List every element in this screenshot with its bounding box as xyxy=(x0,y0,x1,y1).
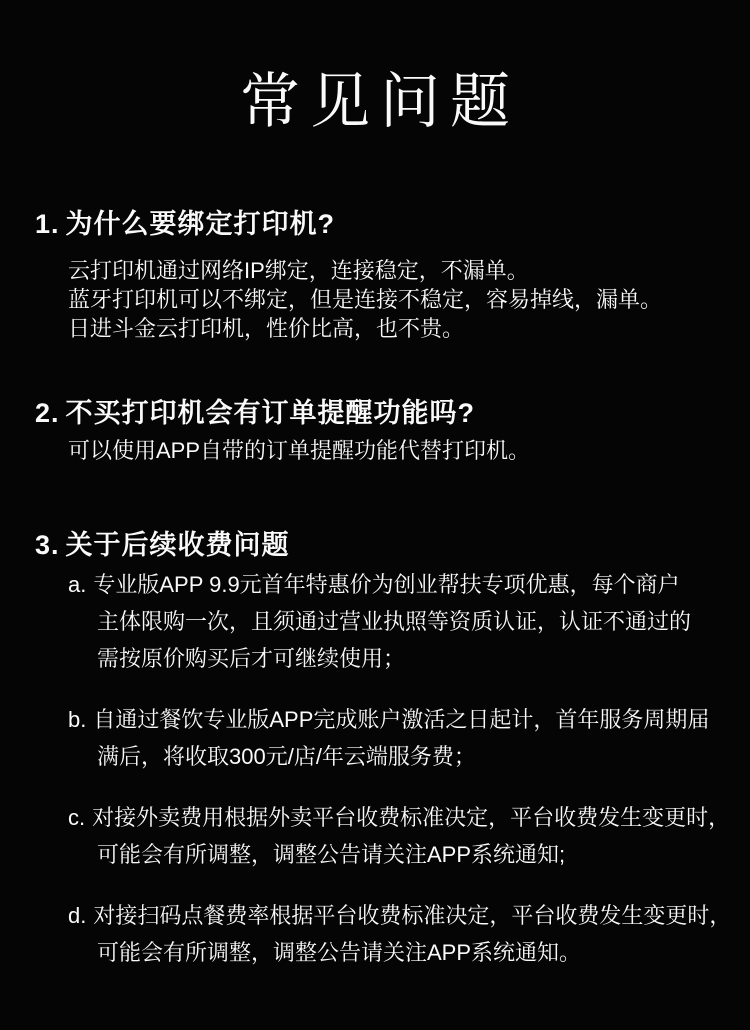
sub-item-text: 自通过餐饮专业版APP完成账户激活之日起计，首年服务周期届 xyxy=(93,707,709,732)
sub-item-line: 可能会有所调整，调整公告请关注APP系统通知; xyxy=(68,836,720,873)
answer-line: 日进斗金云打印机，性价比高，也不贵。 xyxy=(68,314,720,343)
sub-item-text: 对接外卖费用根据外卖平台收费标准决定，平台收费发生变更时， xyxy=(92,805,730,830)
fee-item-d: d.对接扫码点餐费率根据平台收费标准决定，平台收费发生变更时， 可能会有所调整，… xyxy=(68,897,720,971)
sub-item-text: 对接扫码点餐费率根据平台收费标准决定，平台收费发生变更时， xyxy=(93,903,731,928)
faq-section-followup-fees: 3.关于后续收费问题 a.专业版APP 9.9元首年特惠价为创业帮扶专项优惠，每… xyxy=(35,529,720,971)
faq-question-3: 3.关于后续收费问题 xyxy=(35,529,720,561)
sub-item-first-line: b.自通过餐饮专业版APP完成账户激活之日起计，首年服务周期届 xyxy=(68,701,720,738)
answer-line: 可以使用APP自带的订单提醒功能代替打印机。 xyxy=(68,436,720,465)
faq-answer-2: 可以使用APP自带的订单提醒功能代替打印机。 xyxy=(68,436,720,465)
sub-item-line: 主体限购一次，且须通过营业执照等资质认证，认证不通过的 xyxy=(68,603,720,640)
faq-section-order-reminder: 2.不买打印机会有订单提醒功能吗? 可以使用APP自带的订单提醒功能代替打印机。 xyxy=(35,397,720,465)
fee-sub-items: a.专业版APP 9.9元首年特惠价为创业帮扶专项优惠，每个商户 主体限购一次，… xyxy=(68,566,720,971)
sub-item-label: b. xyxy=(68,707,86,732)
sub-item-first-line: d.对接扫码点餐费率根据平台收费标准决定，平台收费发生变更时， xyxy=(68,897,720,934)
faq-content: 1.为什么要绑定打印机? 云打印机通过网络IP绑定，连接稳定，不漏单。 蓝牙打印… xyxy=(0,208,750,971)
sub-item-label: d. xyxy=(68,903,86,928)
sub-item-first-line: a.专业版APP 9.9元首年特惠价为创业帮扶专项优惠，每个商户 xyxy=(68,566,720,603)
fee-item-a: a.专业版APP 9.9元首年特惠价为创业帮扶专项优惠，每个商户 主体限购一次，… xyxy=(68,566,720,677)
page-title: 常见问题 xyxy=(0,0,750,134)
faq-question-1: 1.为什么要绑定打印机? xyxy=(35,208,720,240)
sub-item-label: a. xyxy=(68,572,86,597)
question-text: 不买打印机会有订单提醒功能吗? xyxy=(66,398,476,428)
sub-item-first-line: c.对接外卖费用根据外卖平台收费标准决定，平台收费发生变更时， xyxy=(68,799,720,836)
question-number: 2. xyxy=(35,398,60,428)
answer-line: 云打印机通过网络IP绑定，连接稳定，不漏单。 xyxy=(68,256,720,285)
sub-item-line: 满后，将收取300元/店/年云端服务费； xyxy=(68,738,720,775)
sub-item-text: 专业版APP 9.9元首年特惠价为创业帮扶专项优惠，每个商户 xyxy=(93,572,679,597)
question-text: 为什么要绑定打印机? xyxy=(66,209,336,239)
question-number: 1. xyxy=(35,209,60,239)
sub-item-label: c. xyxy=(68,805,85,830)
question-number: 3. xyxy=(35,530,60,560)
question-text: 关于后续收费问题 xyxy=(66,530,290,560)
faq-page: 常见问题 1.为什么要绑定打印机? 云打印机通过网络IP绑定，连接稳定，不漏单。… xyxy=(0,0,750,1030)
fee-item-c: c.对接外卖费用根据外卖平台收费标准决定，平台收费发生变更时， 可能会有所调整，… xyxy=(68,799,720,873)
sub-item-line: 需按原价购买后才可继续使用； xyxy=(68,640,720,677)
faq-answer-1: 云打印机通过网络IP绑定，连接稳定，不漏单。 蓝牙打印机可以不绑定，但是连接不稳… xyxy=(68,256,720,343)
faq-question-2: 2.不买打印机会有订单提醒功能吗? xyxy=(35,397,720,429)
fee-item-b: b.自通过餐饮专业版APP完成账户激活之日起计，首年服务周期届 满后，将收取30… xyxy=(68,701,720,775)
faq-section-printer-binding: 1.为什么要绑定打印机? 云打印机通过网络IP绑定，连接稳定，不漏单。 蓝牙打印… xyxy=(35,208,720,343)
answer-line: 蓝牙打印机可以不绑定，但是连接不稳定，容易掉线，漏单。 xyxy=(68,285,720,314)
sub-item-line: 可能会有所调整，调整公告请关注APP系统通知。 xyxy=(68,934,720,971)
